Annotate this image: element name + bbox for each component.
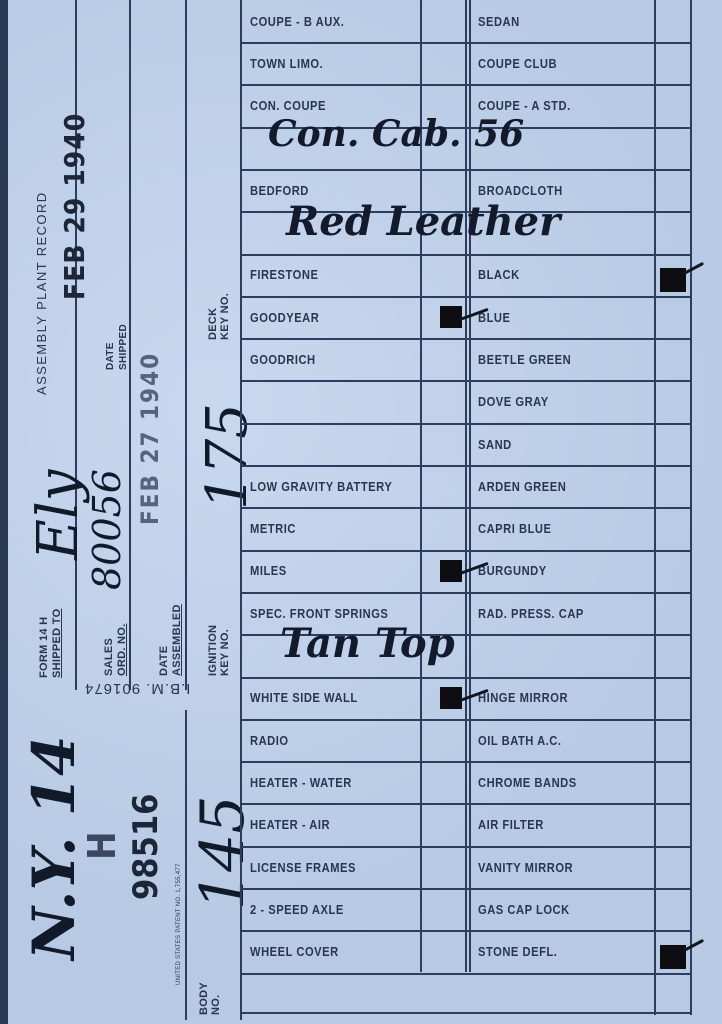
checkbox-left[interactable] bbox=[422, 761, 465, 803]
checkbox-right[interactable] bbox=[656, 465, 690, 507]
option-label-left: MILES bbox=[250, 550, 287, 592]
check-mark-icon bbox=[660, 945, 686, 969]
checkbox-right[interactable] bbox=[656, 85, 690, 127]
table-row: 2 - SPEED AXLEGAS CAP LOCK bbox=[240, 888, 692, 932]
option-label-right: HINGE MIRROR bbox=[478, 677, 568, 719]
table-row: RADIOOIL BATH A.C. bbox=[240, 719, 692, 763]
body-no-label-1: BODY bbox=[198, 982, 210, 1015]
table-row: WHEEL COVERSTONE DEFL. bbox=[240, 931, 692, 975]
card-title-text: ASSEMBLY PLANT RECORD bbox=[34, 191, 49, 395]
card-edge bbox=[0, 0, 8, 1024]
note-top: Tan Top bbox=[280, 620, 455, 667]
checkbox-left[interactable] bbox=[422, 42, 465, 84]
table-row: METRICCAPRI BLUE bbox=[240, 508, 692, 552]
option-label-right: VANITY MIRROR bbox=[478, 846, 573, 888]
check-mark-icon bbox=[440, 687, 462, 709]
checkbox-right[interactable] bbox=[656, 677, 690, 719]
checkbox-left[interactable] bbox=[422, 296, 465, 338]
checkbox-right[interactable] bbox=[656, 635, 690, 677]
divider-body-no bbox=[185, 710, 187, 1020]
option-label-right: GAS CAP LOCK bbox=[478, 888, 570, 930]
table-row: SAND bbox=[240, 423, 692, 467]
sales-ord-label-1: SALES bbox=[103, 638, 115, 676]
checkbox-right[interactable] bbox=[656, 0, 690, 42]
checkbox-left[interactable] bbox=[422, 381, 465, 423]
option-label-left: METRIC bbox=[250, 508, 296, 550]
check-tick-icon bbox=[683, 262, 704, 275]
option-label-right: BURGUNDY bbox=[478, 550, 547, 592]
option-label-right: BEETLE GREEN bbox=[478, 338, 571, 380]
note-upholstery: Red Leather bbox=[286, 198, 560, 245]
options-grid: COUPE - B AUX.SEDANTOWN LIMO.COUPE CLUBC… bbox=[240, 0, 692, 1015]
option-label-right: DOVE GRAY bbox=[478, 381, 549, 423]
checkbox-left[interactable] bbox=[422, 888, 465, 930]
option-label-right: ARDEN GREEN bbox=[478, 465, 566, 507]
checkbox-right[interactable] bbox=[656, 888, 690, 930]
option-label-right: SAND bbox=[478, 423, 512, 465]
option-label-right: OIL BATH A.C. bbox=[478, 719, 562, 761]
table-row: DOVE GRAY bbox=[240, 381, 692, 425]
checkbox-right[interactable] bbox=[656, 169, 690, 211]
body-number-suffix: H bbox=[80, 831, 124, 860]
table-row: LICENSE FRAMESVANITY MIRROR bbox=[240, 846, 692, 890]
checkbox-right[interactable] bbox=[656, 42, 690, 84]
ignition-key-label-1: IGNITION bbox=[207, 625, 219, 676]
option-label-right: SEDAN bbox=[478, 0, 520, 42]
check-tick-icon bbox=[683, 938, 704, 951]
option-label-left: TOWN LIMO. bbox=[250, 42, 323, 84]
checkbox-right[interactable] bbox=[656, 761, 690, 803]
checkbox-right[interactable] bbox=[656, 296, 690, 338]
option-label-right: RAD. PRESS. CAP bbox=[478, 592, 584, 634]
checkbox-left[interactable] bbox=[422, 0, 465, 42]
checkbox-left[interactable] bbox=[422, 465, 465, 507]
date-assembled-stamp: FEB 27 1940 bbox=[136, 352, 164, 525]
table-row: GOODYEARBLUE bbox=[240, 296, 692, 340]
option-label-left: HEATER - AIR bbox=[250, 804, 330, 846]
date-assembled-label-1: DATE bbox=[158, 646, 170, 676]
table-row: TOWN LIMO.COUPE CLUB bbox=[240, 42, 692, 86]
option-label-left: FIRESTONE bbox=[250, 254, 318, 296]
table-row: FIRESTONEBLACK bbox=[240, 254, 692, 298]
checkbox-left[interactable] bbox=[422, 423, 465, 465]
option-label-left: RADIO bbox=[250, 719, 289, 761]
shipped-to-value: Ely bbox=[26, 470, 91, 560]
checkbox-left[interactable] bbox=[422, 677, 465, 719]
deck-key-label-2: KEY NO. bbox=[219, 293, 231, 340]
option-label-right: CHROME BANDS bbox=[478, 761, 577, 803]
checkbox-right[interactable] bbox=[656, 127, 690, 169]
checkbox-left[interactable] bbox=[422, 719, 465, 761]
date-shipped-label-1: DATE bbox=[105, 342, 117, 370]
option-label-left: GOODYEAR bbox=[250, 296, 319, 338]
checkbox-right[interactable] bbox=[656, 550, 690, 592]
option-label-left: 2 - SPEED AXLE bbox=[250, 888, 344, 930]
checkbox-left[interactable] bbox=[422, 254, 465, 296]
divider-shipped-to bbox=[75, 0, 77, 690]
checkbox-left[interactable] bbox=[422, 508, 465, 550]
checkbox-right[interactable] bbox=[656, 212, 690, 254]
body-no-label-2: NO. bbox=[210, 995, 222, 1015]
table-row: LOW GRAVITY BATTERYARDEN GREEN bbox=[240, 465, 692, 509]
checkbox-right[interactable] bbox=[656, 254, 690, 296]
grid-blank-row bbox=[240, 972, 692, 1014]
card-title: ASSEMBLY PLANT RECORD bbox=[36, 191, 48, 395]
table-row: COUPE - B AUX.SEDAN bbox=[240, 0, 692, 44]
option-label-left: LICENSE FRAMES bbox=[250, 846, 356, 888]
sales-ord-value: 80056 bbox=[85, 469, 129, 590]
check-mark-icon bbox=[440, 560, 462, 582]
table-row: HEATER - AIRAIR FILTER bbox=[240, 804, 692, 848]
table-row: GOODRICHBEETLE GREEN bbox=[240, 338, 692, 382]
patent-text: UNITED STATES PATENT NO. 1,755,477 bbox=[173, 863, 185, 985]
assembly-plant-record-card: FORM 14 H ASSEMBLY PLANT RECORD SHIPPED … bbox=[8, 0, 722, 1024]
divider-date-assembled bbox=[185, 0, 187, 690]
checkbox-right[interactable] bbox=[656, 846, 690, 888]
deck-key-label-1: DECK bbox=[207, 308, 219, 340]
option-label-left: LOW GRAVITY BATTERY bbox=[250, 465, 392, 507]
check-mark-icon bbox=[440, 306, 462, 328]
option-label-right: BLACK bbox=[478, 254, 520, 296]
check-mark-icon bbox=[660, 268, 686, 292]
note-body-type: Con. Cab. 56 bbox=[268, 113, 524, 155]
option-label-left: GOODRICH bbox=[250, 338, 316, 380]
checkbox-left[interactable] bbox=[422, 550, 465, 592]
option-label-right: BLUE bbox=[478, 296, 511, 338]
sales-ord-label-2: ORD. NO. bbox=[116, 623, 128, 676]
checkbox-right[interactable] bbox=[656, 592, 690, 634]
checkbox-left[interactable] bbox=[422, 804, 465, 846]
checkbox-left[interactable] bbox=[422, 846, 465, 888]
option-label-right: COUPE CLUB bbox=[478, 42, 557, 84]
option-label-left: WHITE SIDE WALL bbox=[250, 677, 358, 719]
table-row: HEATER - WATERCHROME BANDS bbox=[240, 761, 692, 805]
form-number: FORM 14 H bbox=[38, 617, 50, 678]
checkbox-right[interactable] bbox=[656, 508, 690, 550]
date-shipped-stamp: FEB 29 1940 bbox=[58, 113, 91, 300]
option-label-right: STONE DEFL. bbox=[478, 931, 557, 973]
checkbox-left[interactable] bbox=[422, 338, 465, 380]
date-assembled-label-2: ASSEMBLED bbox=[171, 604, 183, 676]
checkbox-right[interactable] bbox=[656, 931, 690, 973]
option-label-left: COUPE - B AUX. bbox=[250, 0, 344, 42]
checkbox-right[interactable] bbox=[656, 423, 690, 465]
ibm-number: I.B.M. 901674 bbox=[84, 680, 190, 697]
table-row: WHITE SIDE WALLHINGE MIRROR bbox=[240, 677, 692, 721]
checkbox-right[interactable] bbox=[656, 804, 690, 846]
checkbox-left[interactable] bbox=[422, 931, 465, 973]
shipped-to-label: SHIPPED TO bbox=[51, 609, 63, 678]
checkbox-right[interactable] bbox=[656, 381, 690, 423]
body-no-handwritten: N.Y. 14 bbox=[20, 735, 88, 960]
ignition-key-label-2: KEY NO. bbox=[219, 629, 231, 676]
option-label-right: CAPRI BLUE bbox=[478, 508, 551, 550]
checkbox-right[interactable] bbox=[656, 719, 690, 761]
date-shipped-label-2: SHIPPED bbox=[118, 324, 130, 370]
body-number-stamp: 98516 bbox=[126, 794, 166, 900]
option-label-right: AIR FILTER bbox=[478, 804, 544, 846]
checkbox-right[interactable] bbox=[656, 338, 690, 380]
table-row: MILESBURGUNDY bbox=[240, 550, 692, 594]
option-label-left: WHEEL COVER bbox=[250, 931, 339, 973]
option-label-left: HEATER - WATER bbox=[250, 761, 352, 803]
